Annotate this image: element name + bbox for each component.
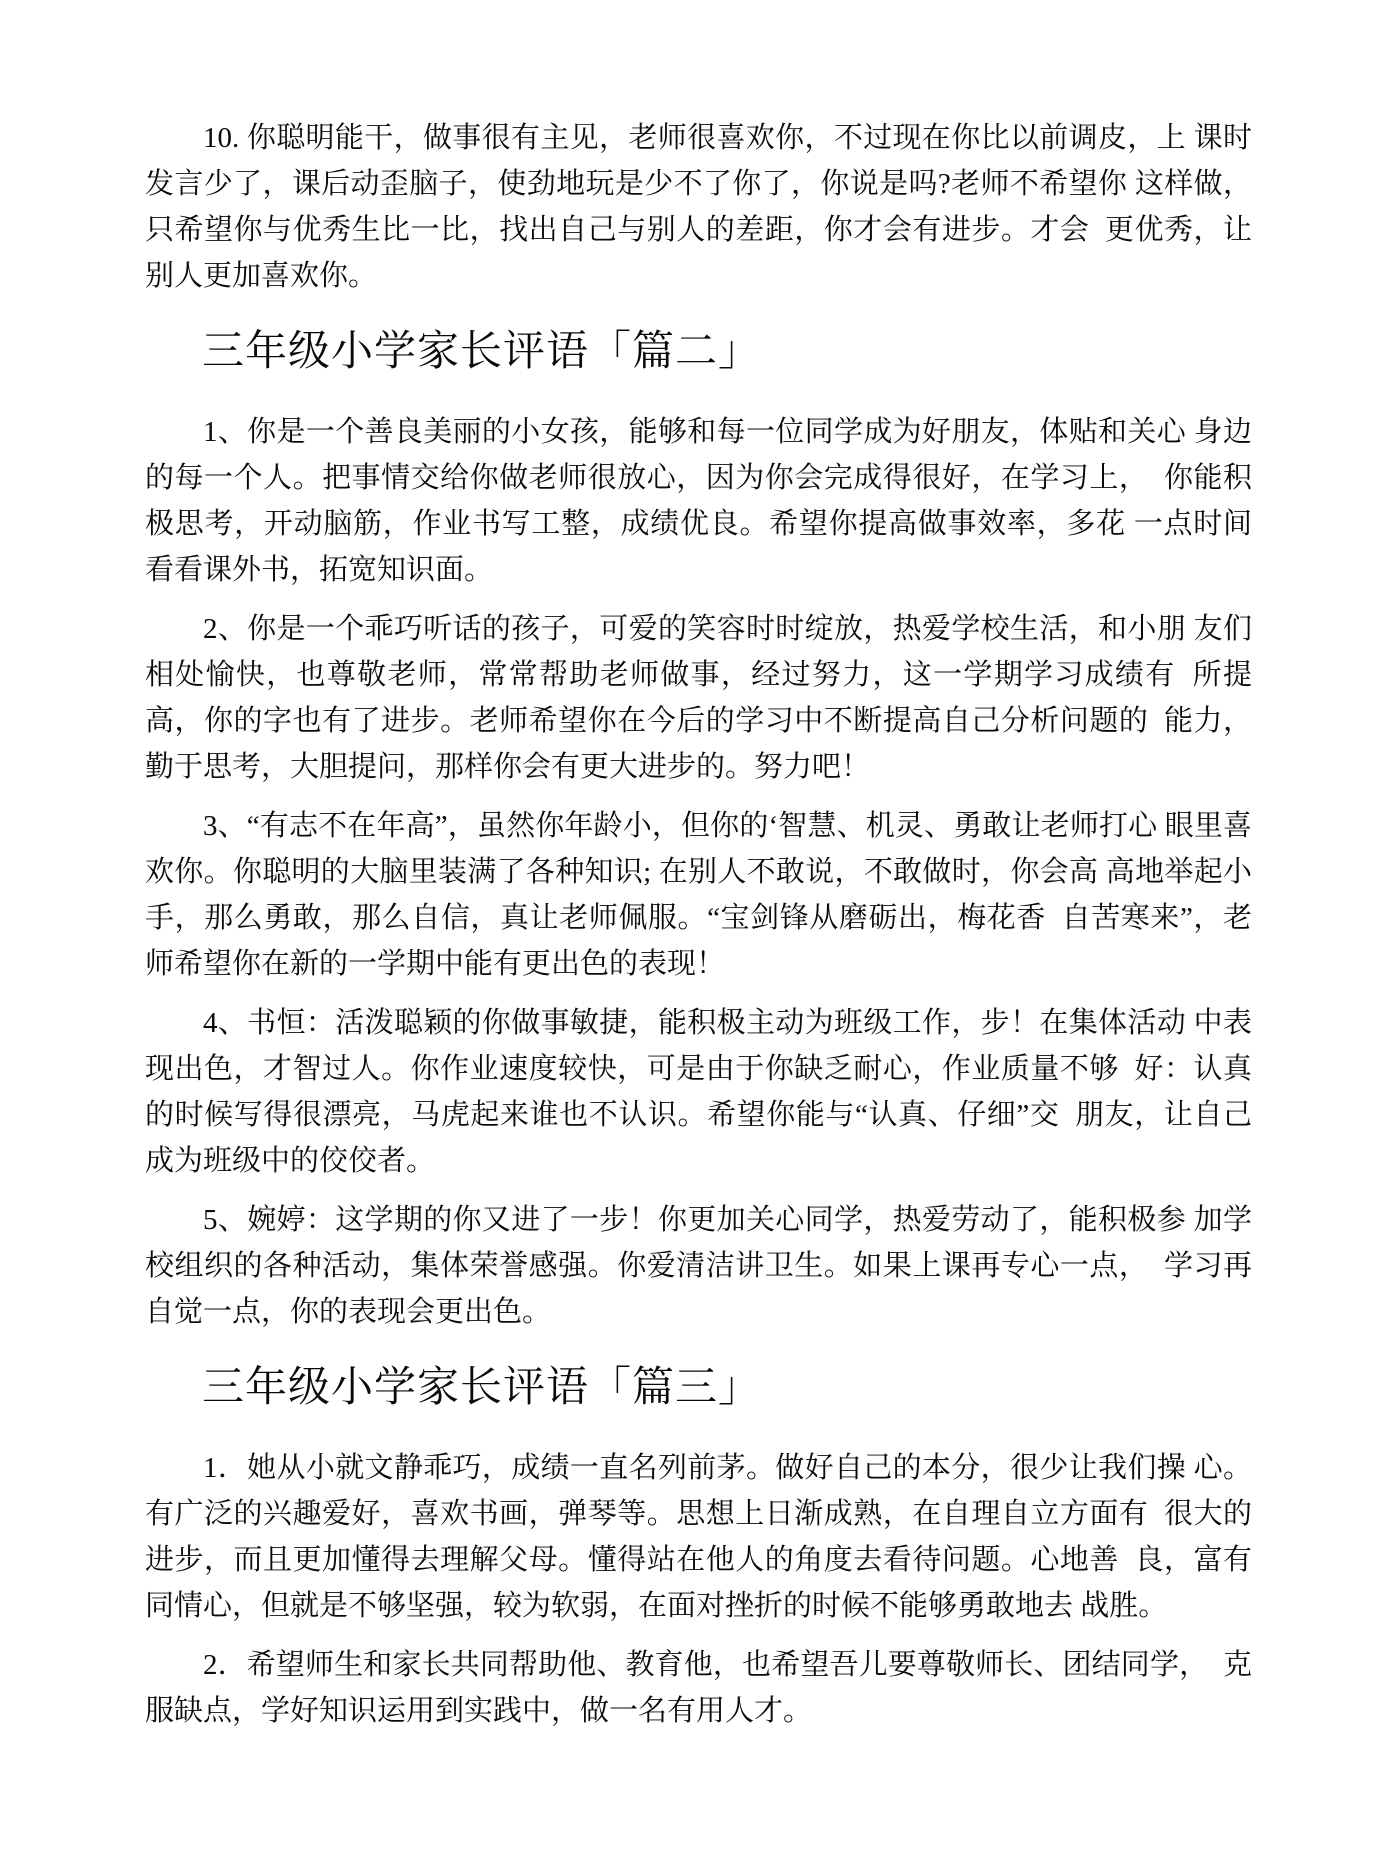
- paragraph-part2-item-5: 5、婉婷：这学期的你又进了一步！你更加关心同学，热爱劳动了，能积极参 加学校组织…: [145, 1197, 1252, 1335]
- paragraph-part3-item-2: 2．希望师生和家长共同帮助他、教育他，也希望吾儿要尊敬师长、团结同学， 克服缺点…: [145, 1642, 1252, 1734]
- document-page: 10. 你聪明能干，做事很有主见，老师很喜欢你，不过现在你比以前调皮，上 课时发…: [0, 0, 1378, 1865]
- paragraph-part3-item-1: 1．她从小就文静乖巧，成绩一直名列前茅。做好自己的本分，很少让我们操 心。有广泛…: [145, 1445, 1252, 1629]
- paragraph-part2-item-4: 4、书恒：活泼聪颖的你做事敏捷，能积极主动为班级工作，步！在集体活动 中表现出色…: [145, 1000, 1252, 1184]
- section-heading-part2: 三年级小学家长评语「篇二」: [202, 323, 1252, 381]
- section-heading-part3: 三年级小学家长评语「篇三」: [202, 1359, 1252, 1417]
- paragraph-part2-item-2: 2、你是一个乖巧听话的孩子，可爱的笑容时时绽放，热爱学校生活，和小朋 友们相处愉…: [145, 606, 1252, 790]
- paragraph-part2-item-1: 1、你是一个善良美丽的小女孩，能够和每一位同学成为好朋友，体贴和关心 身边的每一…: [145, 409, 1252, 593]
- paragraph-part2-item-3: 3、“有志不在年高”，虽然你年龄小，但你的‘智慧、机灵、勇敢让老师打心 眼里喜欢…: [145, 803, 1252, 987]
- paragraph-item-10: 10. 你聪明能干，做事很有主见，老师很喜欢你，不过现在你比以前调皮，上 课时发…: [145, 115, 1252, 299]
